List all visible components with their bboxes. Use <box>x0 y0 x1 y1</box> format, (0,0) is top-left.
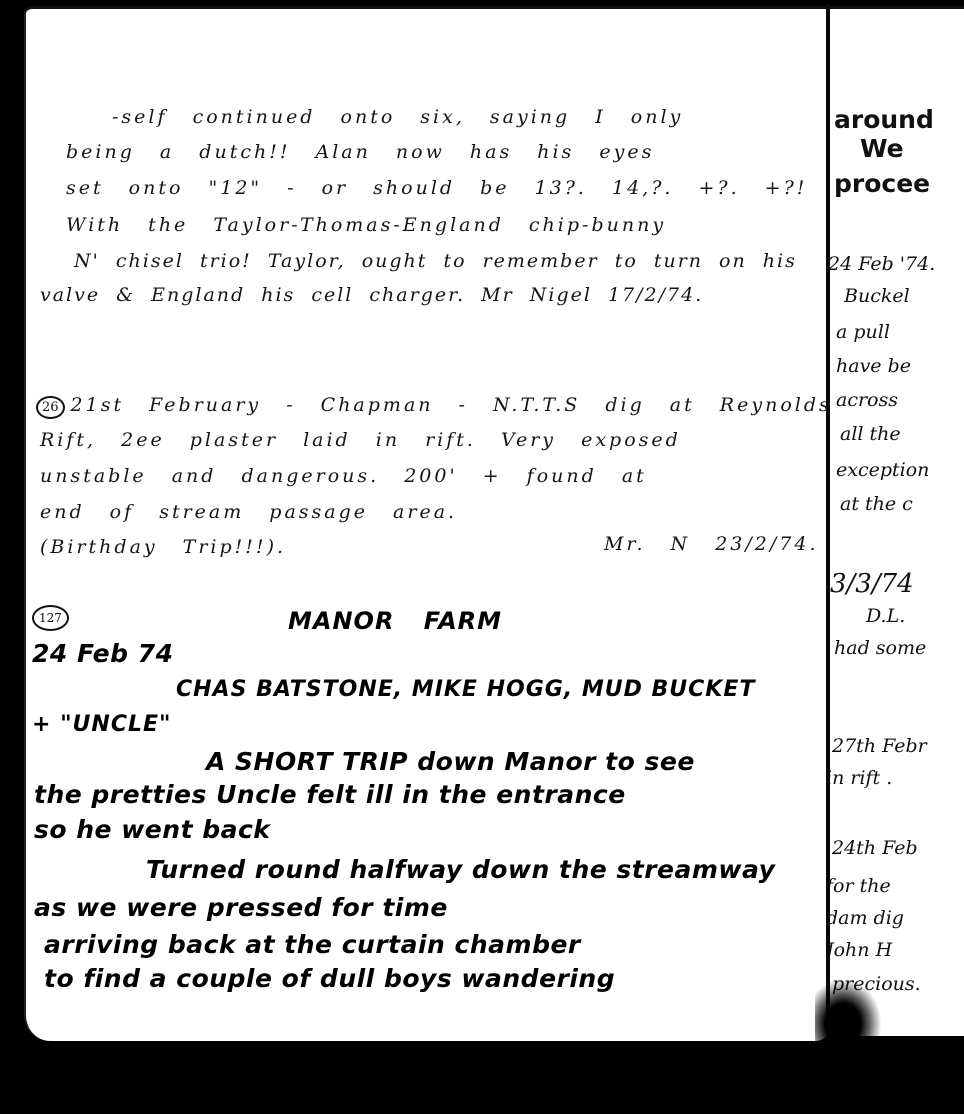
entry-127-body-6: arriving back at the curtain chamber <box>44 930 581 959</box>
right-page-line: at the c <box>840 493 913 515</box>
entry-continued-line-6: valve & England his cell charger. Mr Nig… <box>40 284 703 306</box>
entry-127-body-1: A SHORT TRIP down Manor to see <box>206 747 695 776</box>
right-page-line: Buckel <box>844 285 910 307</box>
right-page-fragment: aroundWeprocee24 Feb '74.Buckela pullhav… <box>830 6 964 1036</box>
right-page-line: John H <box>830 939 892 961</box>
right-page-line: We <box>860 134 904 163</box>
right-page-line: in rift . <box>830 767 892 789</box>
entry-127-body-3: so he went back <box>34 815 270 844</box>
entry-continued-line-5: N' chisel trio! Taylor, ought to remembe… <box>74 250 797 272</box>
right-page-line: all the <box>840 423 901 445</box>
left-page: -self continued onto six, saying I only … <box>24 6 830 1041</box>
entry-127-party-2: + "UNCLE" <box>32 712 172 737</box>
right-page-line: D.L. <box>866 605 905 627</box>
right-page-line: procee <box>834 169 930 198</box>
right-page-line: exception <box>836 459 929 481</box>
entry-127-date: 24 Feb 74 <box>32 639 173 668</box>
torn-page-corner <box>815 975 885 1045</box>
right-page-line: across <box>836 389 898 411</box>
right-page-line: around <box>834 105 934 134</box>
entry-127-body-4: Turned round halfway down the streamway <box>146 855 775 884</box>
entry-126-line-4: end of stream passage area. <box>40 501 457 523</box>
entry-126-line-3: unstable and dangerous. 200' + found at <box>40 465 647 487</box>
scanned-spread: -self continued onto six, saying I only … <box>0 0 964 1114</box>
entry-126-signature: Mr. N 23/2/74. <box>604 533 818 555</box>
right-page-line: 3/3/74 <box>830 569 914 599</box>
entry-number-badge: 26 <box>36 396 65 419</box>
right-page-line: 27th Febr <box>832 735 927 757</box>
entry-126-line-1: 2621st February - Chapman - N.T.T.S dig … <box>36 394 832 419</box>
right-page-line: dam dig <box>830 907 904 929</box>
right-page-line: had some <box>834 637 926 659</box>
entry-continued-line-4: With the Taylor-Thomas-England chip-bunn… <box>66 214 666 236</box>
entry-127-body-7: to find a couple of dull boys wandering <box>44 964 615 993</box>
entry-127-body-2: the pretties Uncle felt ill in the entra… <box>34 780 626 809</box>
entry-continued-line-1: -self continued onto six, saying I only <box>112 106 683 128</box>
right-page-line: 24th Feb <box>832 837 918 859</box>
right-page-line: 24 Feb '74. <box>830 253 935 275</box>
entry-126-line-5: (Birthday Trip!!!). <box>40 536 286 558</box>
entry-127-number: 127 <box>32 605 75 631</box>
entry-127-party-1: CHAS BATSTONE, MIKE HOGG, MUD BUCKET <box>176 677 755 702</box>
right-page-line: have be <box>836 355 911 377</box>
entry-127-title: MANOR FARM <box>288 607 502 635</box>
right-page-line: a pull <box>836 321 890 343</box>
entry-126-line-2: Rift, 2ee plaster laid in rift. Very exp… <box>40 429 681 451</box>
entry-continued-line-2: being a dutch!! Alan now has his eyes <box>66 141 654 163</box>
entry-127-body-5: as we were pressed for time <box>34 893 448 922</box>
entry-continued-line-3: set onto "12" - or should be 13?. 14,?. … <box>66 177 807 199</box>
right-page-line: for the <box>830 875 891 897</box>
